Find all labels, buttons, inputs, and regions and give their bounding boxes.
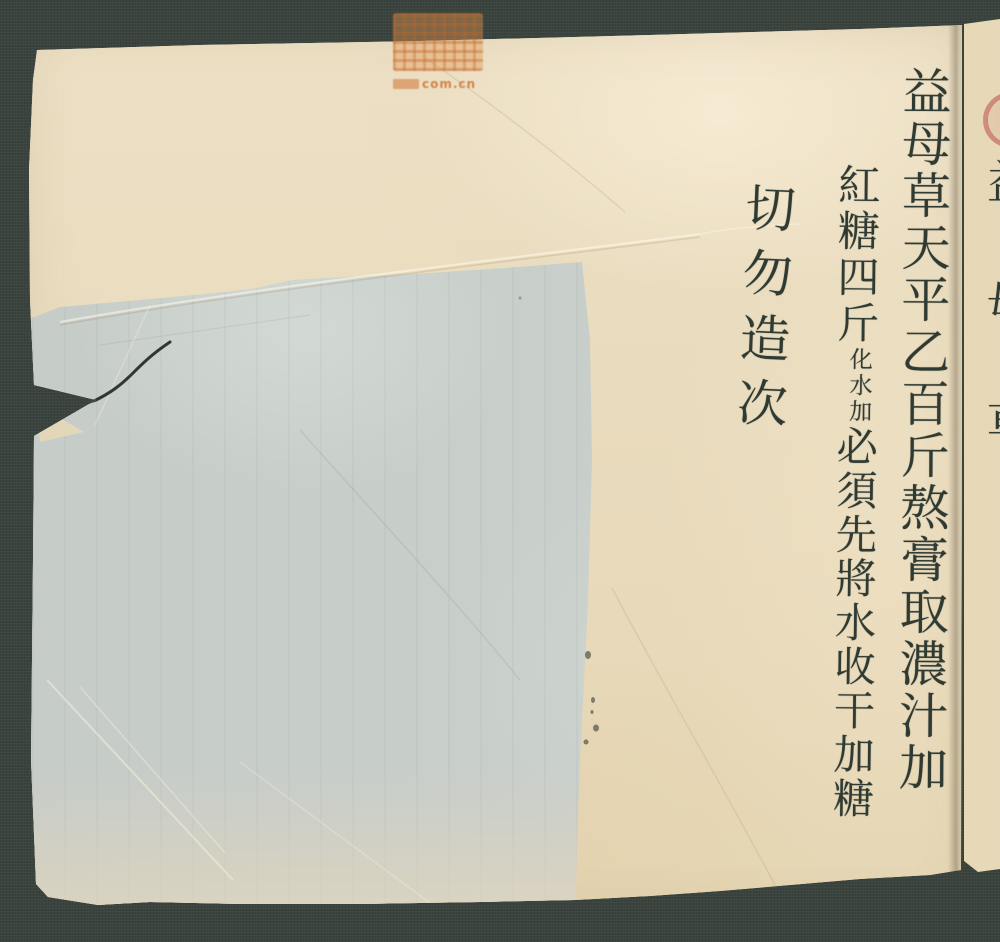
watermark-seal-block [393, 13, 483, 71]
text-column-middle: 紅糖四斤化水加必須先將水收干加糖 [828, 163, 878, 883]
page-fold-shadow [948, 25, 966, 873]
column-right-text: 益母草天平乙百斤熬膏取濃汁加 [891, 66, 952, 794]
manuscript-page: 益母草天平乙百斤熬膏取濃汁加 紅糖四斤化水加必須先將水收干加糖 切勿造次 [0, 0, 1000, 942]
adjacent-page-partial-text: 益母草 [984, 158, 1000, 518]
scan-background: 益母草天平乙百斤熬膏取濃汁加 紅糖四斤化水加必須先將水收干加糖 切勿造次 益母草… [0, 0, 1000, 942]
watermark-obscured-prefix [393, 79, 419, 89]
column-middle-small-note: 化水加 [846, 347, 870, 425]
watermark-url-text: com.cn [422, 77, 476, 91]
column-middle-text-bottom: 必須先將水收干加糖 [826, 425, 878, 821]
digital-watermark: com.cn [393, 13, 485, 101]
text-column-right: 益母草天平乙百斤熬膏取濃汁加 [895, 66, 948, 866]
watermark-text-line: com.cn [393, 77, 485, 91]
column-left-text: 切勿造次 [728, 181, 797, 443]
text-column-left: 切勿造次 [729, 181, 792, 503]
column-middle-text-top: 紅糖四斤 [831, 163, 882, 348]
